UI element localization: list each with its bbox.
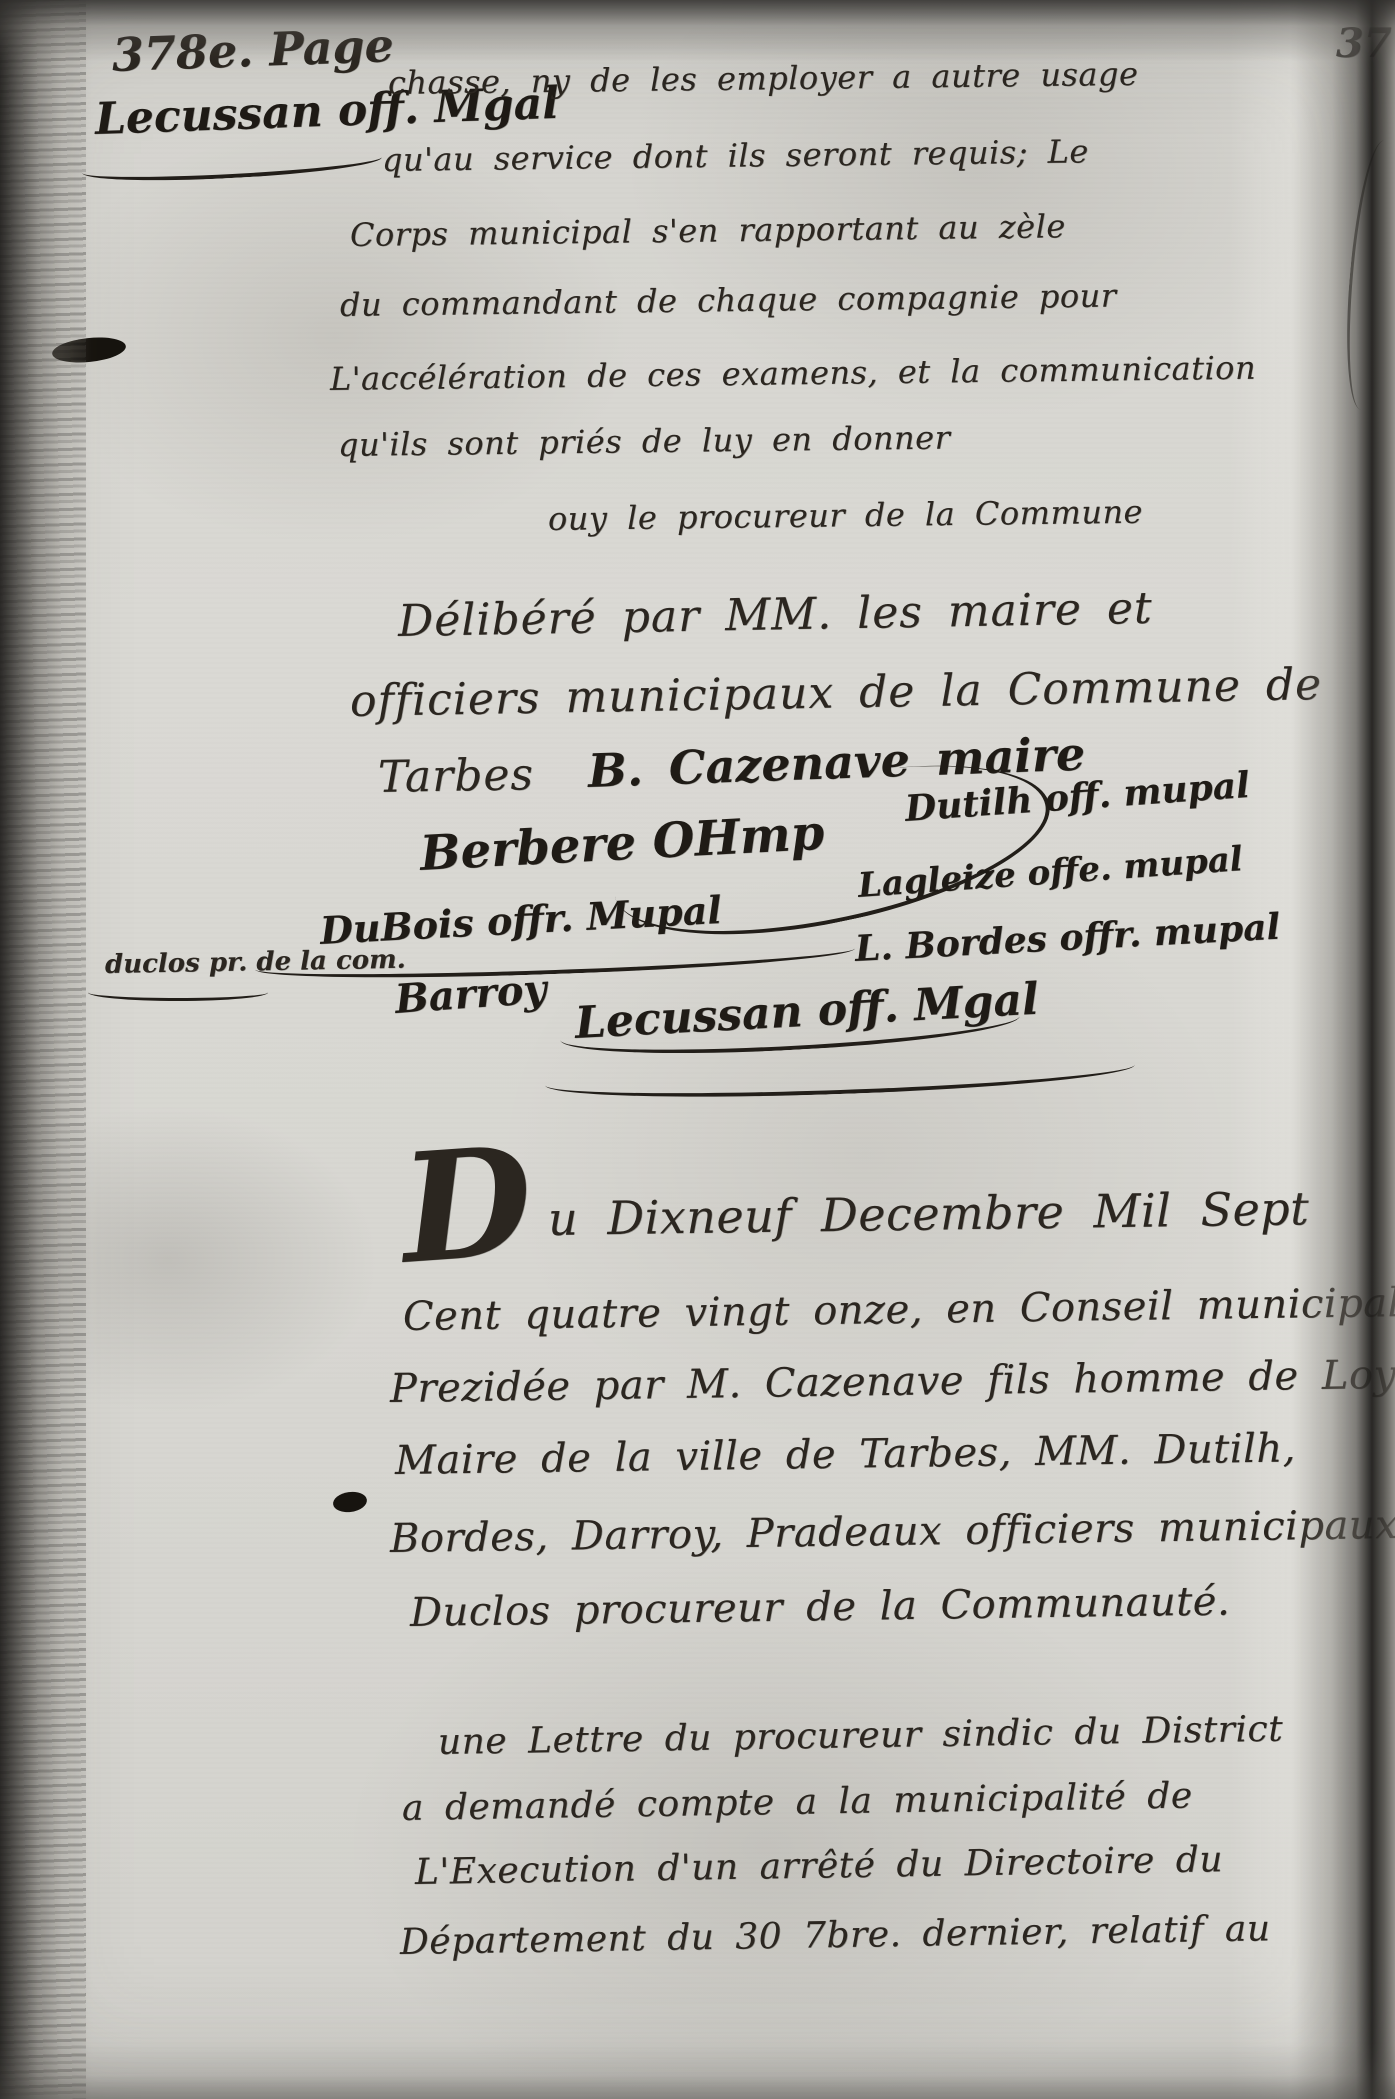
margin-note-underline — [88, 984, 268, 1001]
next-page-writing-fragment — [1338, 139, 1395, 412]
page-number: 378e. Page — [111, 18, 395, 82]
signature: Lecussan off. Mgal — [574, 974, 1040, 1049]
page-curl-highlight — [1230, 0, 1340, 2099]
manuscript-line: u Dixneuf Decembre Mil Sept — [548, 1181, 1310, 1246]
manuscript-line: L'Execution d'un arrêté du Directoire du — [415, 1839, 1224, 1893]
signature: L. Bordes offr. mupal — [854, 906, 1281, 970]
manuscript-line: officiers municipaux de la Commune de — [350, 659, 1323, 727]
manuscript-line: Corps municipal s'en rapportant au zèle — [350, 207, 1066, 254]
manuscript-scan-page: 378e. Page Lecussan off. Mgal 37 chasse,… — [0, 0, 1395, 2099]
manuscript-line: chasse, ny de les employer a autre usage — [388, 55, 1139, 102]
signature: Lagleize offe. mupal — [857, 839, 1244, 906]
signature-flourish — [545, 1046, 1136, 1105]
signature: Berbere OHmp — [419, 805, 826, 882]
manuscript-line: a demandé compte a la municipalité de — [402, 1776, 1193, 1829]
margin-note-underline — [82, 144, 383, 186]
manuscript-line: Maire de la ville de Tarbes, MM. Dutilh, — [395, 1425, 1296, 1484]
manuscript-line: qu'ils sont priés de luy en donner — [338, 419, 951, 464]
book-binding-edge — [0, 0, 86, 2099]
manuscript-line: ouy le procureur de la Commune — [548, 493, 1143, 538]
drop-cap-initial: D — [398, 1141, 536, 1270]
manuscript-line: L'accélération de ces examens, et la com… — [330, 349, 1257, 398]
margin-procureur-note: duclos pr. de la com. — [105, 945, 406, 980]
signature: DuBois offr. Mupal — [319, 887, 723, 953]
manuscript-line: Département du 30 7bre. dernier, relatif… — [400, 1908, 1271, 1963]
manuscript-line: Délibéré par MM. les maire et — [398, 583, 1153, 647]
deliberation-place: Tarbes — [378, 749, 535, 803]
manuscript-line: une Lettre du procureur sindic du Distri… — [438, 1709, 1284, 1763]
manuscript-line: qu'au service dont ils seront requis; Le — [382, 132, 1089, 179]
manuscript-line: Duclos procureur de la Communauté. — [410, 1579, 1231, 1636]
next-page-number-fragment: 37 — [1336, 20, 1392, 67]
manuscript-line: du commandant de chaque compagnie pour — [340, 277, 1117, 324]
ink-blot — [332, 1490, 368, 1515]
signature: Barroy — [393, 965, 548, 1022]
